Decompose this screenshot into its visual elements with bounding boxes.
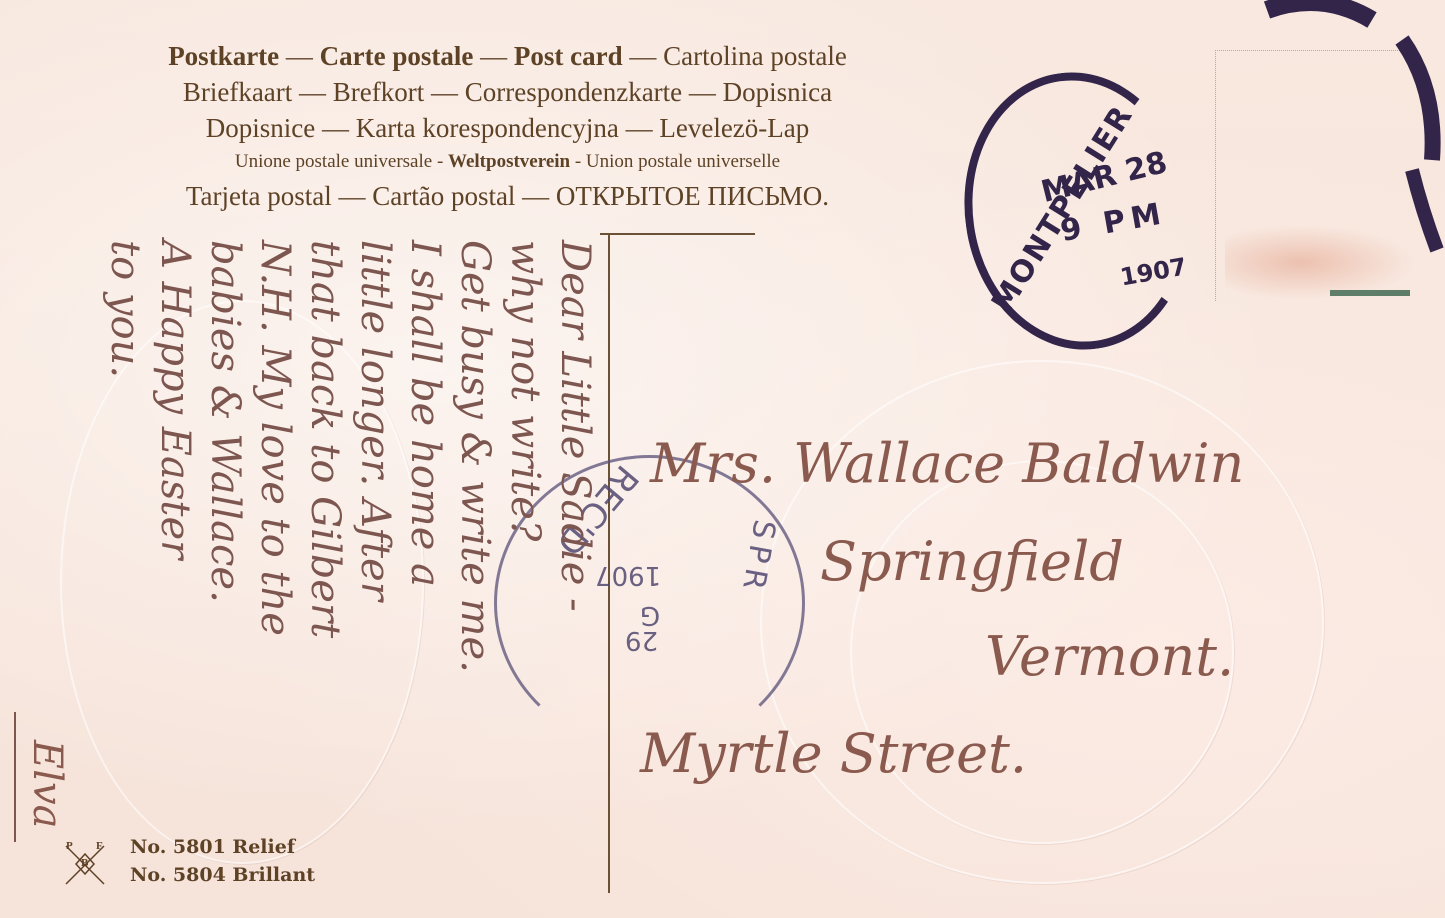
header-upu-it: Unione postale universale -	[235, 151, 448, 172]
received-year: 1907	[595, 560, 661, 590]
header-line-5: Tarjeta postal — Cartão postal — ОТКРЫТО…	[60, 178, 955, 214]
message-line: Dear Little Sadie -	[550, 240, 600, 880]
header-postkarte: Postkarte	[168, 41, 279, 71]
signature: Elva	[24, 740, 70, 828]
address-city: Springfield	[820, 530, 1124, 593]
header-upu-fr: - Union postale universelle	[570, 151, 780, 172]
cancellation-marks-icon	[1262, 0, 1445, 260]
message-line: N.H. My love to the	[250, 240, 300, 880]
signature-underline	[14, 712, 16, 842]
header-line-2: Briefkaart — Brefkort — Correspondenzkar…	[60, 74, 955, 110]
header-line-3: Dopisnice — Karta korespondencyjna — Lev…	[60, 110, 955, 146]
header-post-card: Post card	[514, 41, 623, 71]
header-sep: —	[279, 41, 320, 71]
header-line-4: Unione postale universale - Weltpostvere…	[60, 146, 955, 178]
address-state: Vermont.	[985, 625, 1234, 688]
message-line: to you.	[100, 240, 150, 880]
message-line: babies & Wallace.	[200, 240, 250, 880]
header-line-1: Postkarte — Carte postale — Post card — …	[60, 38, 955, 74]
handwritten-message: Dear Little Sadie - why not write? Get b…	[40, 240, 600, 880]
address-street: Myrtle Street.	[640, 722, 1027, 785]
logo-letter: B	[81, 857, 88, 869]
address-name: Mrs. Wallace Baldwin	[650, 432, 1244, 495]
message-line: I shall be home a	[400, 240, 450, 880]
postcard-back: Postkarte — Carte postale — Post card — …	[0, 0, 1445, 918]
publisher-logo-icon: P F B	[62, 840, 108, 886]
message-line: why not write?	[500, 240, 550, 880]
message-line: Get busy & write me.	[450, 240, 500, 880]
message-line: A Happy Easter	[150, 240, 200, 880]
imprint-line-1: No. 5801 Relief	[130, 833, 315, 861]
header-sep: —	[473, 41, 514, 71]
imprint-line-2: No. 5804 Brillant	[130, 861, 315, 889]
header-carte-postale: Carte postale	[320, 41, 474, 71]
divider-horizontal	[600, 233, 755, 235]
header-cartolina: — Cartolina postale	[623, 41, 847, 71]
message-line: that back to Gilbert	[300, 240, 350, 880]
publisher-imprint: No. 5801 Relief No. 5804 Brillant	[130, 833, 315, 889]
logo-letter: F	[96, 840, 103, 852]
header-weltpostverein: Weltpostverein	[448, 151, 570, 172]
received-day: 29	[625, 625, 658, 655]
message-line: little longer. After	[350, 240, 400, 880]
logo-letter: P	[66, 840, 73, 852]
stamp-fragment	[1330, 290, 1410, 296]
postcard-header: Postkarte — Carte postale — Post card — …	[60, 38, 955, 214]
